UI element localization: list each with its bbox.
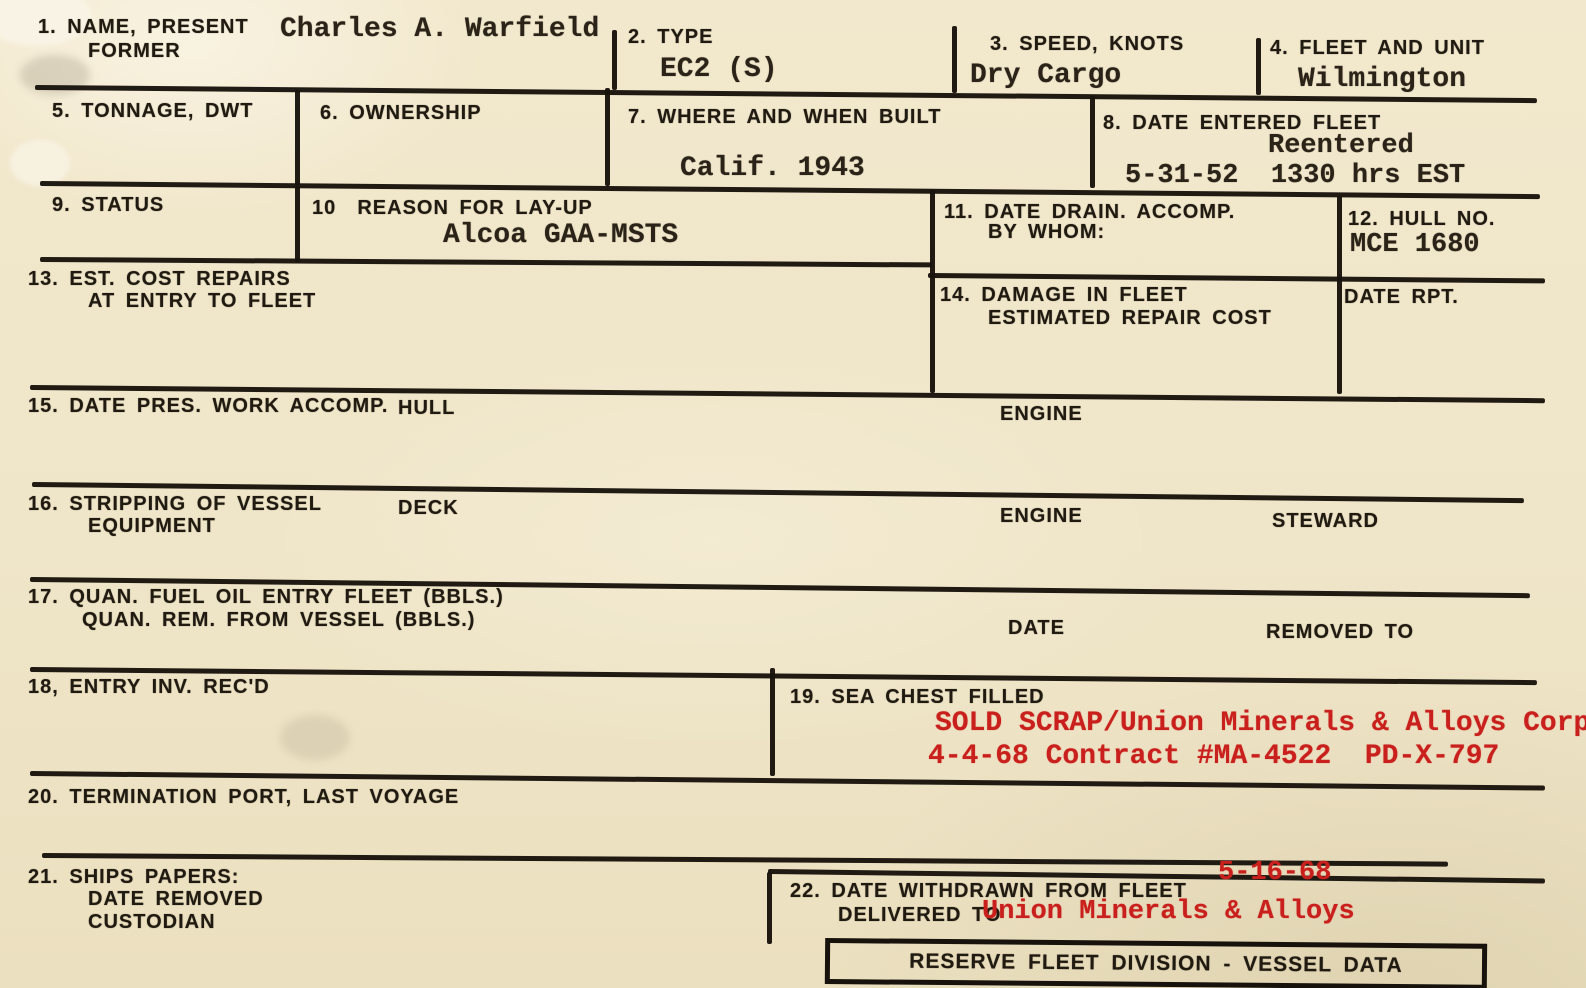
field-10-layup-value: Alcoa GAA-MSTS [443,220,678,251]
field-19-sea-chest-label: 19. SEA CHEST FILLED [790,686,1045,709]
field-1-name-label: 1. NAME, PRESENT [38,16,249,39]
field-2-type-value: EC2 (S) [660,54,778,85]
grid-line [1090,96,1095,188]
field-7-built-value: Calif. 1943 [680,153,865,184]
field-7-built-label: 7. WHERE AND WHEN BUILT [628,106,941,129]
field-22-delivered-to-stamp: Union Minerals & Alloys [982,897,1355,927]
field-21-ships-papers-label: 21. SHIPS PAPERS: [28,866,239,889]
field-3-speed-value: Dry Cargo [970,60,1121,91]
field-3-speed-label: 3. SPEED, KNOTS [990,33,1184,56]
field-9-status-label: 9. STATUS [52,194,164,217]
field-19-contract-stamp: 4-4-68 Contract #MA-4522 PD-X-797 [928,741,1499,772]
field-16-steward-label: STEWARD [1272,510,1379,533]
banner-text: RESERVE FLEET DIVISION - VESSEL DATA [909,950,1403,978]
field-2-type-label: 2. TYPE [628,26,713,49]
field-14-damage-label: 14. DAMAGE IN FLEET [940,284,1188,307]
field-20-termination-port-label: 20. TERMINATION PORT, LAST VOYAGE [28,786,459,809]
field-15-engine-label: ENGINE [1000,403,1083,426]
field-15-work-accomp-label: 15. DATE PRES. WORK ACCOMP. [28,395,388,418]
field-16-engine-label: ENGINE [1000,505,1083,528]
field-17-fuel-oil-label: 17. QUAN. FUEL OIL ENTRY FLEET (BBLS.) [28,586,504,609]
field-10-layup-label: 10 REASON FOR LAY-UP [312,197,593,220]
paper-smudge [280,715,350,760]
field-13-entry-fleet-label: AT ENTRY TO FLEET [88,290,316,313]
field-14-repair-cost-label: ESTIMATED REPAIR COST [988,307,1272,330]
field-6-ownership-label: 6. OWNERSHIP [320,102,482,125]
field-17-date-label: DATE [1008,617,1065,640]
field-8-reentered-value: Reentered [1268,131,1414,161]
grid-line [770,668,775,776]
reserve-fleet-division-banner: RESERVE FLEET DIVISION - VESSEL DATA [825,938,1487,988]
paper-tear [10,140,70,186]
field-11-by-whom-label: BY WHOM: [988,221,1105,244]
field-12-hull-no-value: MCE 1680 [1350,230,1480,260]
grid-line [930,190,935,393]
grid-line [1256,38,1261,95]
field-15-hull-label: HULL [398,397,455,420]
grid-line [295,90,300,185]
grid-line [767,872,772,944]
field-18-entry-inv-label: 18, ENTRY INV. REC'D [28,676,270,699]
field-12-hull-no-label: 12. HULL NO. [1348,208,1495,231]
field-16-stripping-label: 16. STRIPPING OF VESSEL [28,493,322,516]
field-4-fleet-unit-label: 4. FLEET AND UNIT [1270,37,1485,60]
grid-line [612,30,617,90]
field-8-date-value: 5-31-52 1330 hrs EST [1125,161,1465,191]
field-21-custodian-label: CUSTODIAN [88,911,216,934]
field-22-withdrawn-date-stamp: 5-16-68 [1218,858,1331,888]
vessel-data-card: 1. NAME, PRESENT FORMER Charles A. Warfi… [0,0,1586,988]
field-16-deck-label: DECK [398,497,459,520]
field-16-equipment-label: EQUIPMENT [88,515,216,538]
field-13-est-cost-label: 13. EST. COST REPAIRS [28,268,291,291]
grid-line [1337,196,1342,394]
field-17-removed-to-label: REMOVED TO [1266,621,1414,644]
field-17-rem-vessel-label: QUAN. REM. FROM VESSEL (BBLS.) [82,609,475,632]
field-1-former-label: FORMER [88,40,181,63]
field-5-tonnage-label: 5. TONNAGE, DWT [52,100,254,123]
grid-line [40,257,932,267]
grid-line [928,273,1545,283]
field-1-name-value: Charles A. Warfield [280,14,599,45]
field-21-date-removed-label: DATE REMOVED [88,888,264,911]
grid-line [605,88,610,186]
field-14-date-rpt-label: DATE RPT. [1344,286,1459,309]
field-4-fleet-unit-value: Wilmington [1298,64,1466,95]
grid-line [295,186,300,262]
grid-line [952,26,957,93]
field-19-sold-scrap-stamp: SOLD SCRAP/Union Minerals & Alloys Corp [935,708,1586,739]
field-22-delivered-to-label: DELIVERED TO [838,904,1001,927]
